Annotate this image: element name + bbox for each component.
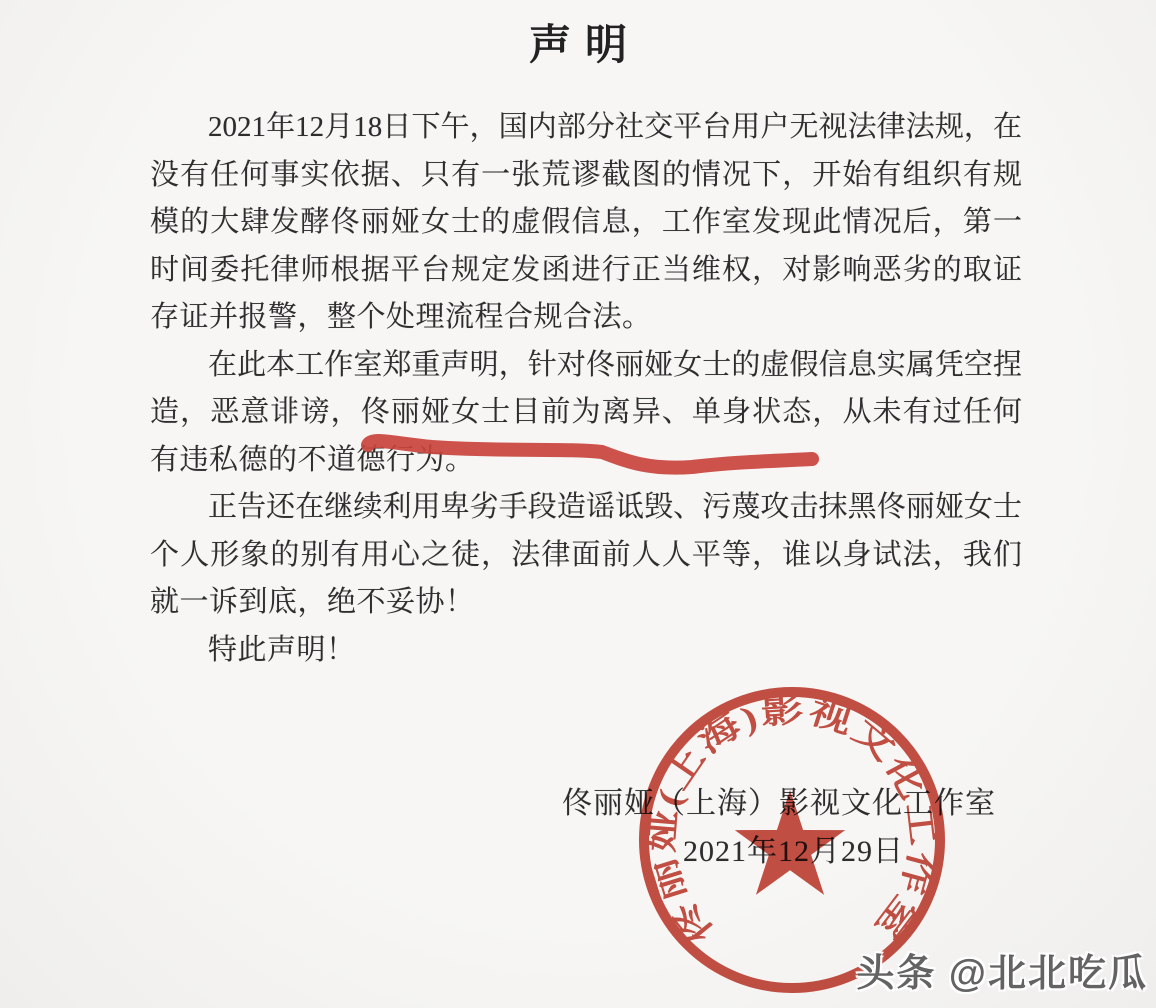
- statement-line: 个人形象的别有用心之徒，法律面前人人平等，谁以身试法，我们: [150, 532, 1022, 580]
- statement-line: 存证并报警，整个处理流程合规合法。: [150, 294, 1022, 342]
- statement-line: 特此声明！: [150, 627, 1022, 675]
- statement-line: 没有任何事实依据、只有一张荒谬截图的情况下，开始有组织有规: [150, 152, 1022, 200]
- statement-line: 2021年12月18日下午，国内部分社交平台用户无视法律法规，在: [150, 104, 1022, 152]
- statement-line: 就一诉到底，绝不妥协！: [150, 579, 1022, 627]
- date-line: 2021年12月29日: [0, 826, 1156, 870]
- watermark: 头条 @北北吃瓜: [856, 942, 1148, 997]
- statement-line: 有违私德的不道德行为。: [150, 437, 1022, 485]
- statement-line: 模的大肆发酵佟丽娅女士的虚假信息，工作室发现此情况后，第一: [150, 199, 1022, 247]
- signature-line: 佟丽娅（上海）影视文化工作室: [0, 778, 1156, 822]
- statement-body: 2021年12月18日下午，国内部分社交平台用户无视法律法规，在 没有任何事实依…: [150, 104, 1022, 674]
- statement-line: 造，恶意诽谤，佟丽娅女士目前为离异、单身状态，从未有过任何: [150, 389, 1022, 437]
- statement-line: 时间委托律师根据平台规定发函进行正当维权，对影响恶劣的取证: [150, 247, 1022, 295]
- statement-line: 在此本工作室郑重声明，针对佟丽娅女士的虚假信息实属凭空捏: [150, 342, 1022, 390]
- page-title: 声明: [0, 12, 1156, 72]
- statement-line: 正告还在继续利用卑劣手段造谣诋毁、污蔑攻击抹黑佟丽娅女士: [150, 484, 1022, 532]
- statement-document-page: 声明 2021年12月18日下午，国内部分社交平台用户无视法律法规，在 没有任何…: [0, 0, 1156, 1008]
- star-icon: [735, 790, 845, 895]
